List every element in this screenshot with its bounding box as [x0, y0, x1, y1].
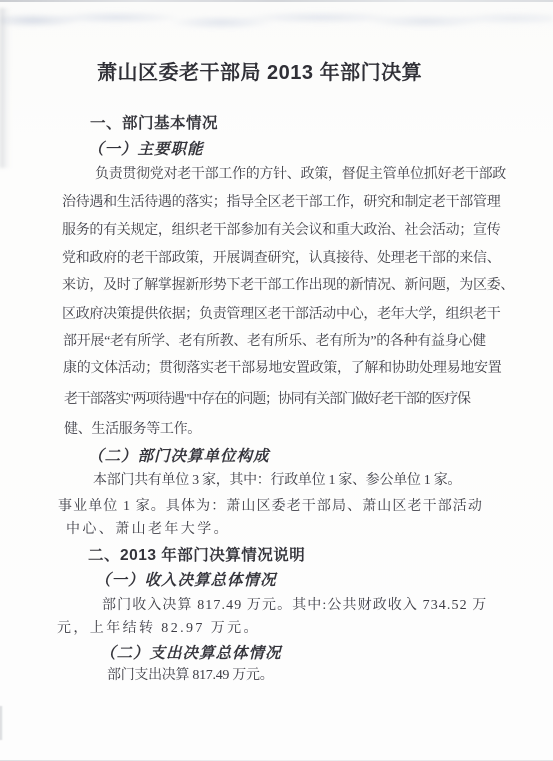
scan-left-edge-mark [0, 706, 3, 740]
para-4-line-1: 部门支出决算 817.49 万元。 [107, 666, 273, 686]
para-1-line-2: 治待遇和生活待遇的落实；指导全区老干部工作，研究和制定老干部管理 [62, 193, 500, 213]
para-1-line-5: 来访，及时了解掌握新形势下老干部工作出现的新情况、新问题，为区委、 [62, 276, 514, 296]
para-2-line-3: 中心、萧山老年大学。 [66, 520, 230, 540]
scan-top-edge-line [0, 0, 553, 2]
para-1-line-1: 负责贯彻党对老干部工作的方针、政策，督促主管单位抓好老干部政 [95, 165, 506, 185]
para-1-line-9: 老干部落实"两项待遇"中存在的问题；协同有关部门做好老干部的医疗保 [64, 390, 470, 410]
para-1-line-7: 部开展“老有所学、老有所教、老有所乐、老有所为”的各种有益身心健 [63, 332, 486, 352]
subsection-heading-1-2: （二）部门决算单位构成 [88, 447, 270, 467]
para-3-line-1: 部门收入决算 817.49 万元。其中:公共财政收入 734.52 万 [102, 596, 487, 616]
scan-left-edge-shadow [0, 8, 11, 168]
subsection-heading-2-1: （一）收入决算总体情况 [95, 571, 277, 591]
para-2-line-1: 本部门共有单位 3 家，其中：行政单位 1 家、参公单位 1 家。 [93, 471, 461, 491]
para-1-line-6: 区政府决策提供依据；负责管理区老干部活动中心，老年大学，组织老干 [62, 305, 500, 325]
subsection-heading-2-2: （二）支出决算总体情况 [100, 644, 282, 664]
subsection-heading-1-1: （一）主要职能 [88, 140, 204, 160]
section-heading-2: 二、2013 年部门决算情况说明 [88, 546, 305, 566]
document-title: 萧山区委老干部局 2013 年部门决算 [97, 60, 422, 86]
scanned-document-page: 萧山区委老干部局 2013 年部门决算 一、部门基本情况 （一）主要职能 负责贯… [0, 0, 553, 761]
para-1-line-4: 党和政府的老干部政策，开展调查研究，认真接待、处理老干部的来信、 [62, 249, 500, 269]
para-2-line-2: 事业单位 1 家。具体为：萧山区委老干部局、萧山区老干部活动 [58, 497, 483, 517]
scan-top-shadow-band [0, 5, 553, 33]
para-1-line-3: 服务的有关规定，组织老干部参加有关会议和重大政治、社会活动；宣传 [62, 221, 500, 241]
para-1-line-8: 康的文体活动；贯彻落实老干部易地安置政策，了解和协助处理易地安置 [63, 359, 501, 379]
para-1-line-10: 健、生活服务等工作。 [64, 420, 201, 440]
section-heading-1: 一、部门基本情况 [90, 114, 218, 134]
para-3-line-2: 元，上年结转 82.97 万元。 [57, 619, 260, 639]
